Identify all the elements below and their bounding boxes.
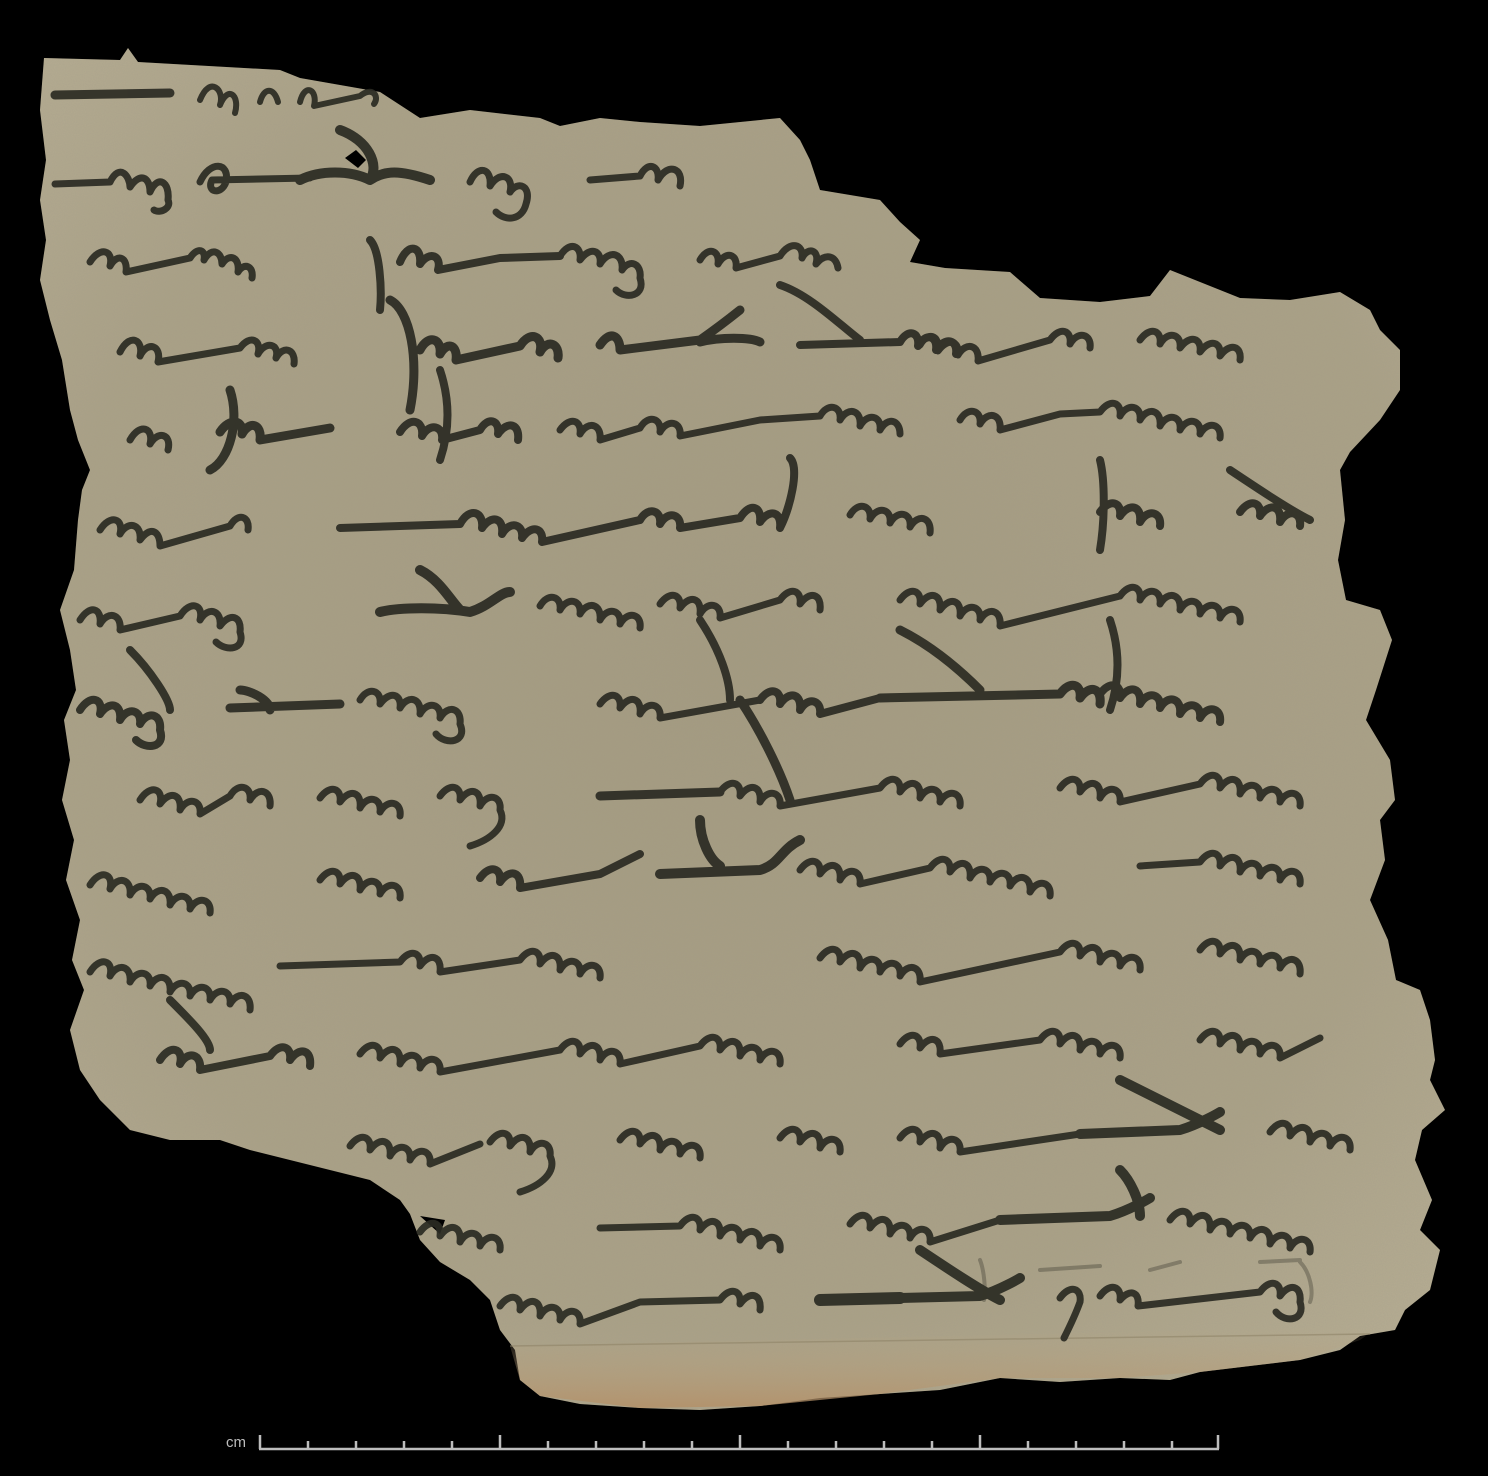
scale-bar: cm [226, 1432, 1226, 1452]
manuscript-fragment [0, 0, 1488, 1476]
scale-ruler [226, 1432, 1226, 1452]
